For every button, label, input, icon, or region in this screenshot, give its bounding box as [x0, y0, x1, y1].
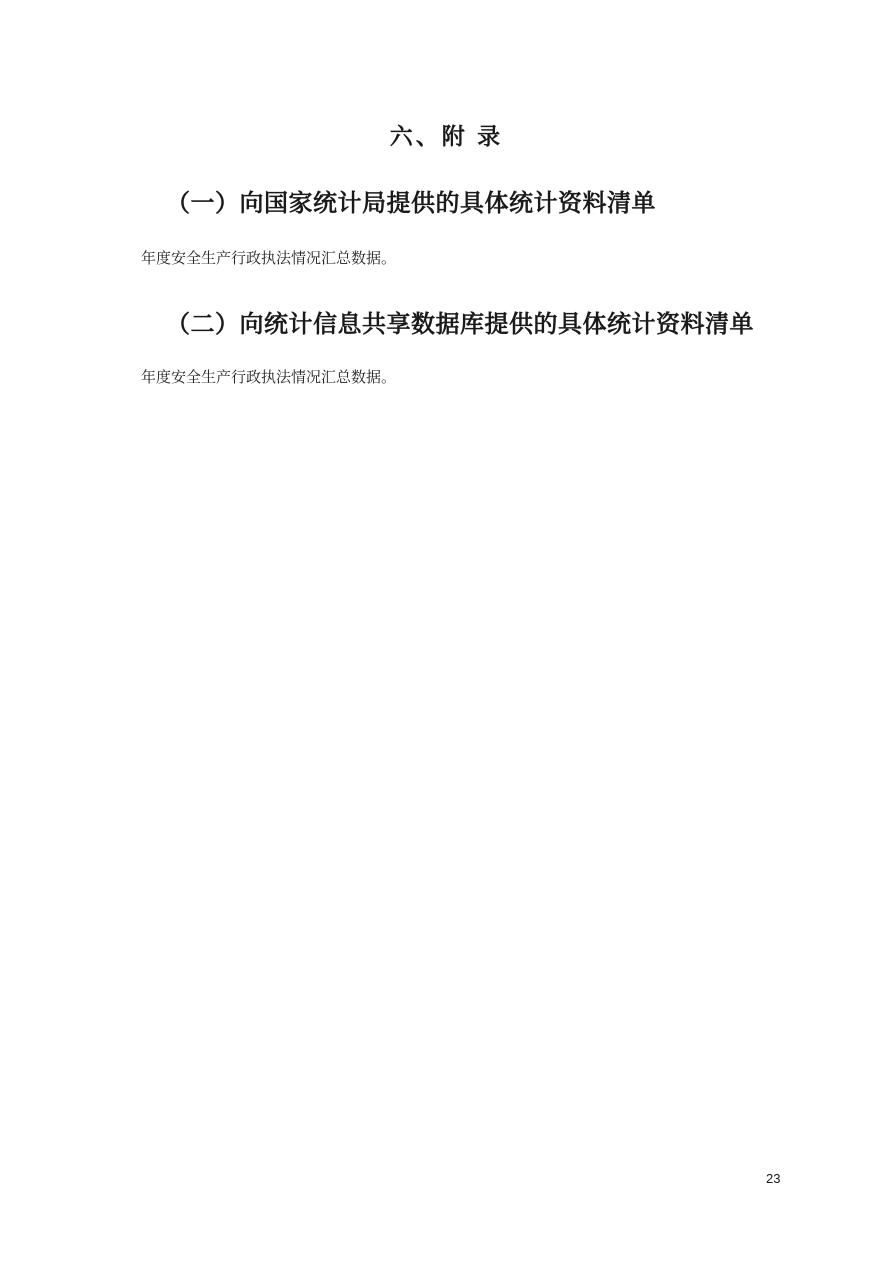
section-2-heading: （二）向统计信息共享数据库提供的具体统计资料清单	[166, 304, 754, 339]
section-1-body: 年度安全生产行政执法情况汇总数据。	[141, 247, 396, 268]
section-1-heading: （一）向国家统计局提供的具体统计资料清单	[166, 183, 656, 218]
document-title: 六、附 录	[0, 118, 893, 151]
page-number: 23	[766, 1171, 780, 1186]
section-2-body: 年度安全生产行政执法情况汇总数据。	[141, 366, 396, 387]
document-page: 六、附 录 （一）向国家统计局提供的具体统计资料清单 年度安全生产行政执法情况汇…	[0, 0, 893, 1263]
